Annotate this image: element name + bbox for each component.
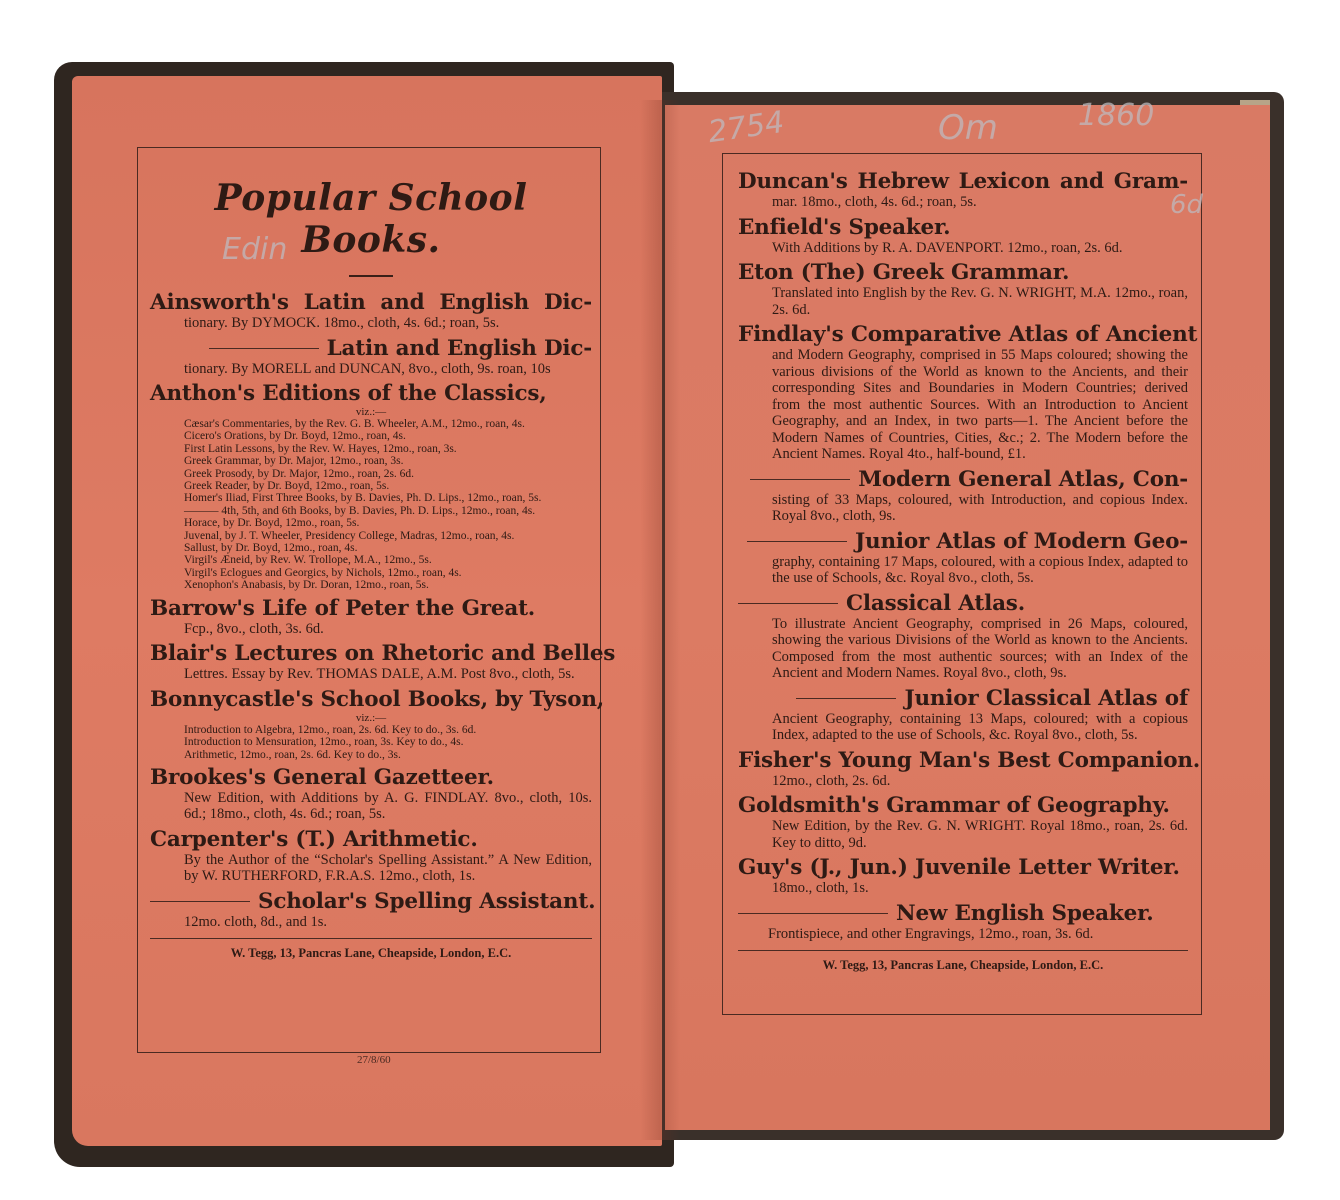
entry-detail: 18mo., cloth, 1s. xyxy=(738,880,1188,897)
sub-item: Sallust, by Dr. Boyd, 12mo., roan, 4s. xyxy=(150,542,592,554)
sub-item: Homer's Iliad, First Three Books, by B. … xyxy=(150,492,592,504)
book-entry: New English Speaker. Frontispiece, and o… xyxy=(738,902,1188,943)
entry-heading: Junior Classical Atlas of xyxy=(904,686,1188,711)
pencil-year: 1860 xyxy=(1078,98,1154,133)
entry-detail: Fcp., 8vo., cloth, 3s. 6d. xyxy=(150,621,592,638)
book-entry: Findlay's Comparative Atlas of Ancient a… xyxy=(738,323,1188,463)
sub-item: Virgil's Eclogues and Georgics, by Nicho… xyxy=(150,567,592,579)
book-entry: Guy's (J., Jun.) Juvenile Letter Writer.… xyxy=(738,856,1188,897)
book-entry: Junior Classical Atlas of Ancient Geogra… xyxy=(738,687,1188,744)
left-page-content: Popular School Books. Ainsworth's Latin … xyxy=(150,165,592,965)
book-entry: Duncan's Hebrew Lexicon and Gram- mar. 1… xyxy=(738,170,1188,211)
ditto-dash xyxy=(209,348,319,349)
entry-detail: tionary. By MORELL and DUNCAN, 8vo., clo… xyxy=(150,361,592,378)
entry-detail: sisting of 33 Maps, coloured, with Intro… xyxy=(738,492,1188,525)
sub-item: Arithmetic, 12mo., roan, 2s. 6d. Key to … xyxy=(150,749,592,761)
book-entry: Junior Atlas of Modern Geo- graphy, cont… xyxy=(738,530,1188,587)
entry-heading: Goldsmith's Grammar of Geography. xyxy=(738,794,1188,818)
sub-item: First Latin Lessons, by the Rev. W. Haye… xyxy=(150,443,592,455)
book-entry: Carpenter's (T.) Arithmetic. By the Auth… xyxy=(150,828,592,885)
sub-item: Virgil's Æneid, by Rev. W. Trollope, M.A… xyxy=(150,554,592,566)
entry-heading: Enfield's Speaker. xyxy=(738,216,1188,240)
sub-item: Horace, by Dr. Boyd, 12mo., roan, 5s. xyxy=(150,517,592,529)
ditto-dash xyxy=(738,913,888,914)
entry-heading-row: New English Speaker. xyxy=(738,902,1188,926)
entry-detail: With Additions by R. A. DAVENPORT. 12mo.… xyxy=(738,240,1188,257)
book-entry: Ainsworth's Latin and English Dic- tiona… xyxy=(150,291,592,332)
book-entry: Brookes's General Gazetteer. New Edition… xyxy=(150,766,592,823)
entry-heading: Duncan's Hebrew Lexicon and Gram- xyxy=(738,170,1188,194)
book-entry: Bonnycastle's School Books, by Tyson, vi… xyxy=(150,688,592,761)
entry-heading: Blair's Lectures on Rhetoric and Belles xyxy=(150,642,592,666)
sub-item: Introduction to Algebra, 12mo., roan, 2s… xyxy=(150,724,592,736)
book-entry: Anthon's Editions of the Classics, viz.:… xyxy=(150,382,592,592)
entry-detail: To illustrate Ancient Geography, compris… xyxy=(738,616,1188,682)
book-entry: Classical Atlas. To illustrate Ancient G… xyxy=(738,592,1188,682)
entry-detail: graphy, containing 17 Maps, coloured, wi… xyxy=(738,554,1188,587)
ditto-dash xyxy=(738,603,838,604)
book-gutter xyxy=(640,100,680,1140)
pencil-initials: Om xyxy=(938,108,998,148)
entry-heading-row: Modern General Atlas, Con- xyxy=(738,468,1188,492)
entry-heading: Eton (The) Greek Grammar. xyxy=(738,261,1188,285)
entry-detail: 12mo. cloth, 8d., and 1s. xyxy=(150,914,592,931)
sub-item: ——— 4th, 5th, and 6th Books, by B. Davie… xyxy=(150,505,592,517)
ditto-dash xyxy=(747,541,847,542)
entry-detail: Ancient Geography, containing 13 Maps, c… xyxy=(738,711,1188,744)
title-divider xyxy=(349,275,393,277)
book-entry: Scholar's Spelling Assistant. 12mo. clot… xyxy=(150,890,592,931)
ditto-dash xyxy=(750,479,850,480)
publisher-footer: W. Tegg, 13, Pancras Lane, Cheapside, Lo… xyxy=(150,939,592,965)
entry-heading: Findlay's Comparative Atlas of Ancient xyxy=(738,323,1188,347)
sub-item: Cæsar's Commentaries, by the Rev. G. B. … xyxy=(150,418,592,430)
entry-heading-row: Scholar's Spelling Assistant. xyxy=(150,890,592,914)
entry-heading: Barrow's Life of Peter the Great. xyxy=(150,597,592,621)
entry-heading: Brookes's General Gazetteer. xyxy=(150,766,592,790)
publisher-footer: W. Tegg, 13, Pancras Lane, Cheapside, Lo… xyxy=(738,951,1188,977)
sub-item: Xenophon's Anabasis, by Dr. Doran, 12mo.… xyxy=(150,579,592,591)
sub-item: Greek Reader, by Dr. Boyd, 12mo., roan, … xyxy=(150,480,592,492)
entry-heading: Scholar's Spelling Assistant. xyxy=(258,889,595,914)
book-entry: Barrow's Life of Peter the Great. Fcp., … xyxy=(150,597,592,638)
sub-item: Greek Grammar, by Dr. Major, 12mo., roan… xyxy=(150,455,592,467)
print-code: 27/8/60 xyxy=(357,1054,391,1066)
entry-detail: Translated into English by the Rev. G. N… xyxy=(738,285,1188,318)
book-entry: Modern General Atlas, Con- sisting of 33… xyxy=(738,468,1188,525)
book-entry: Fisher's Young Man's Best Companion. 12m… xyxy=(738,749,1188,790)
sub-item: Juvenal, by J. T. Wheeler, Presidency Co… xyxy=(150,530,592,542)
entry-heading: Fisher's Young Man's Best Companion. xyxy=(738,749,1188,773)
entry-detail: By the Author of the “Scholar's Spelling… xyxy=(150,852,592,885)
book-entry: Latin and English Dic- tionary. By MOREL… xyxy=(150,337,592,378)
entry-heading: New English Speaker. xyxy=(896,901,1154,926)
entry-detail: Frontispiece, and other Engravings, 12mo… xyxy=(738,926,1188,943)
entry-detail: New Edition, with Additions by A. G. FIN… xyxy=(150,790,592,823)
entry-detail: New Edition, by the Rev. G. N. WRIGHT. R… xyxy=(738,818,1188,851)
viz-label: viz.:— xyxy=(150,712,592,724)
book-entry: Eton (The) Greek Grammar. Translated int… xyxy=(738,261,1188,318)
ditto-dash xyxy=(150,901,250,902)
entry-heading: Bonnycastle's School Books, by Tyson, xyxy=(150,688,592,712)
entry-heading: Junior Atlas of Modern Geo- xyxy=(855,529,1188,554)
entry-detail: Lettres. Essay by Rev. THOMAS DALE, A.M.… xyxy=(150,666,592,683)
page-title: Popular School Books. xyxy=(150,177,592,261)
ditto-dash xyxy=(796,698,896,699)
entry-heading-row: Junior Atlas of Modern Geo- xyxy=(738,530,1188,554)
book-entry: Goldsmith's Grammar of Geography. New Ed… xyxy=(738,794,1188,851)
entry-heading: Anthon's Editions of the Classics, xyxy=(150,382,592,406)
book-entry: Blair's Lectures on Rhetoric and Belles … xyxy=(150,642,592,683)
entry-heading-row: Junior Classical Atlas of xyxy=(738,687,1188,711)
sub-item: Greek Prosody, by Dr. Major, 12mo., roan… xyxy=(150,468,592,480)
right-page-content: Duncan's Hebrew Lexicon and Gram- mar. 1… xyxy=(738,170,1188,977)
sub-item: Cicero's Orations, by Dr. Boyd, 12mo., r… xyxy=(150,430,592,442)
entry-heading-row: Classical Atlas. xyxy=(738,592,1188,616)
entry-detail: mar. 18mo., cloth, 4s. 6d.; roan, 5s. xyxy=(738,194,1188,211)
entry-detail: 12mo., cloth, 2s. 6d. xyxy=(738,773,1188,790)
viz-label: viz.:— xyxy=(150,406,592,418)
entry-heading: Classical Atlas. xyxy=(846,591,1025,616)
entry-detail: and Modern Geography, comprised in 55 Ma… xyxy=(738,347,1188,463)
entry-heading: Modern General Atlas, Con- xyxy=(858,467,1188,492)
entry-heading: Carpenter's (T.) Arithmetic. xyxy=(150,828,592,852)
entry-detail: tionary. By DYMOCK. 18mo., cloth, 4s. 6d… xyxy=(150,315,592,332)
entry-heading: Ainsworth's Latin and English Dic- xyxy=(150,291,592,315)
entry-heading: Latin and English Dic- xyxy=(327,336,592,361)
entry-heading: Guy's (J., Jun.) Juvenile Letter Writer. xyxy=(738,856,1188,880)
entry-heading-row: Latin and English Dic- xyxy=(150,337,592,361)
sub-item: Introduction to Mensuration, 12mo., roan… xyxy=(150,736,592,748)
book-entry: Enfield's Speaker. With Additions by R. … xyxy=(738,216,1188,257)
